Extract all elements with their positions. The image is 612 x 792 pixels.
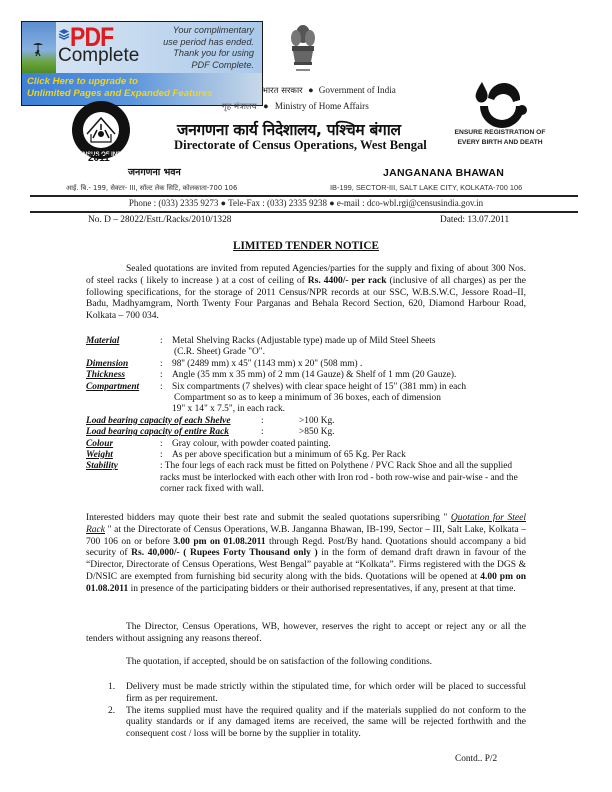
conditions-list: 1. Delivery must be made strictly within… xyxy=(108,682,526,741)
spec-compartment: Compartment : Six compartments (7 shelve… xyxy=(86,382,546,416)
reserve-paragraph: The Director, Census Operations, WB, how… xyxy=(86,622,526,646)
spec-thickness: Thickness : Angle (35 mm x 35 mm) of 2 m… xyxy=(86,370,546,381)
intro-paragraph: Sealed quotations are invited from reput… xyxy=(86,264,526,323)
ministry-line: गृह मंत्रालय ● Ministry of Home Affairs xyxy=(222,101,369,112)
layers-icon xyxy=(58,28,70,40)
banner-photo xyxy=(22,22,56,73)
divider-top xyxy=(30,195,578,197)
directorate-title-hindi: जनगणना कार्य निदेशालय, पश्चिम बंगाल xyxy=(177,118,401,140)
spec-colour: Colour : Gray colour, with powder coated… xyxy=(86,439,546,450)
gov-line: भारत सरकार ● Government of India xyxy=(262,85,396,96)
reference-date: Dated: 13.07.2011 xyxy=(440,215,509,225)
umbrella-figure-icon xyxy=(32,42,44,58)
bhawan-name: JANGANANA BHAWAN xyxy=(383,167,504,179)
spec-weight: Weight : As per above specification but … xyxy=(86,450,546,461)
directorate-title: Directorate of Census Operations, West B… xyxy=(174,138,427,153)
spec-material: Material : Metal Shelving Racks (Adjusta… xyxy=(86,336,546,359)
address-hindi: आई. बि.- 199, सेक्टर- III, सॉल्ट लेक सिट… xyxy=(66,183,237,192)
contact-line: Phone : (033) 2335 9273 ● Tele-Fax : (03… xyxy=(0,198,612,208)
bidders-paragraph: Interested bidders may quote their best … xyxy=(86,513,526,596)
banner-message: Your complimentary use period has ended.… xyxy=(134,25,254,71)
national-emblem-icon xyxy=(286,22,320,74)
spec-load-rack: Load bearing capacity of entire Rack : >… xyxy=(86,427,546,438)
spec-dimension: Dimension : 98'' (2489 mm) x 45" (1143 m… xyxy=(86,359,546,370)
notice-title: LIMITED TENDER NOTICE xyxy=(0,240,612,252)
divider-bottom xyxy=(30,211,578,213)
census-year: 2011 xyxy=(88,153,110,164)
spec-stability: Stability : The four legs of each rack m… xyxy=(86,461,546,495)
spec-load-shelve: Load bearing capacity of each Shelve : >… xyxy=(86,416,546,427)
conditions-intro: The quotation, if accepted, should be on… xyxy=(86,657,526,669)
reference-number: No. D – 28022/Estt./Racks/2010/1328 xyxy=(88,215,232,225)
address: IB-199, SECTOR-III, SALT LAKE CITY, KOLK… xyxy=(330,183,522,192)
bhawan-name-hindi: जनगणना भवन xyxy=(128,165,181,178)
brand-complete: Complete xyxy=(58,46,139,66)
specifications: Material : Metal Shelving Racks (Adjusta… xyxy=(86,336,546,496)
birth-death-registration-logo xyxy=(470,80,532,128)
continued-note: Contd.. P/2 xyxy=(455,754,497,764)
condition-item: 2. The items supplied must have the requ… xyxy=(108,706,526,741)
upgrade-banner[interactable]: PDF Complete Your complimentary use peri… xyxy=(21,21,263,106)
condition-item: 1. Delivery must be made strictly within… xyxy=(108,682,526,706)
ensure-registration-text: ENSURE REGISTRATION OF EVERY BIRTH AND D… xyxy=(448,128,552,147)
